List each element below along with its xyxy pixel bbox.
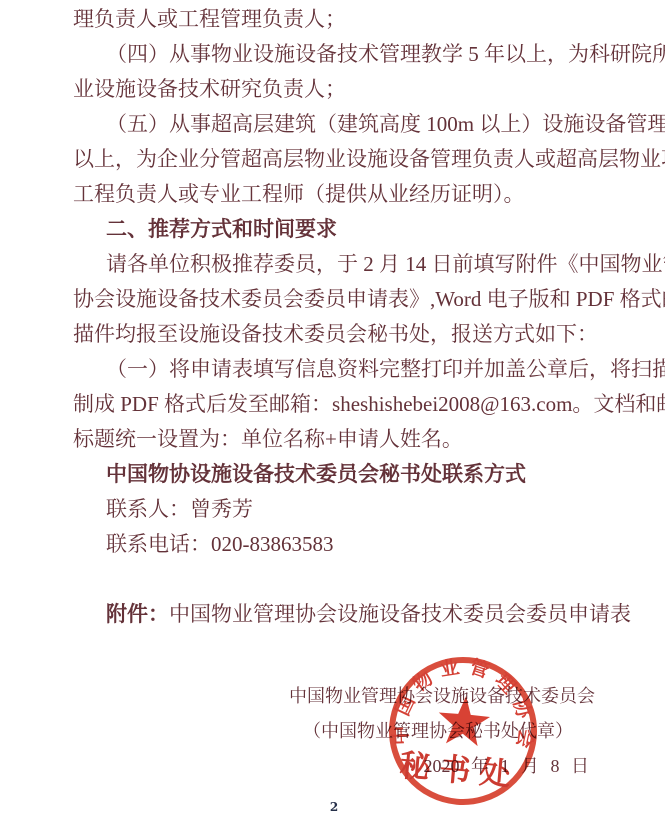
attachment-title: 中国物业管理协会设施设备技术委员会委员申请表: [169, 602, 631, 626]
doc-line: 标题统一设置为：单位名称+申请人姓名。: [73, 422, 595, 457]
on-behalf-note: （中国物业管理协会秘书处代章）: [73, 714, 573, 749]
doc-line: 协会设施设备技术委员会委员申请表》,Word 电子版和 PDF 格式的扫: [73, 282, 595, 317]
contact-person-line: 联系人：曾秀芳: [73, 492, 595, 527]
section-heading: 二、推荐方式和时间要求: [73, 212, 595, 247]
page-number: 2: [73, 800, 595, 814]
doc-line: 工程负责人或专业工程师（提供从业经历证明）。: [73, 177, 595, 212]
document-body: 理负责人或工程管理负责人； （四）从事物业设施设备技术管理教学 5 年以上，为科…: [0, 0, 665, 814]
doc-line: 描件均报至设施设备技术委员会秘书处，报送方式如下：: [73, 317, 595, 352]
contact-heading: 中国物协设施设备技术委员会秘书处联系方式: [73, 457, 595, 492]
signing-organization: 中国物业管理协会设施设备技术委员会: [73, 679, 595, 714]
blank-line: [73, 562, 595, 597]
doc-line: 理负责人或工程管理负责人；: [73, 2, 595, 37]
doc-line: （四）从事物业设施设备技术管理教学 5 年以上，为科研院所物: [73, 37, 595, 72]
signature-date: 2020 年 1 月 8 日: [73, 749, 589, 784]
contact-phone-line: 联系电话：020-83863583: [73, 527, 595, 562]
doc-line: （一）将申请表填写信息资料完整打印并加盖公章后，将扫描件: [73, 352, 595, 387]
signature-block: 中国物业管理协会设施设备技术委员会 （中国物业管理协会秘书处代章） 2020 年…: [73, 679, 595, 784]
blank-line: [73, 632, 595, 667]
doc-line: 以上，为企业分管超高层物业设施设备管理负责人或超高层物业项目: [73, 142, 595, 177]
doc-line: 业设施设备技术研究负责人；: [73, 72, 595, 107]
attachment-label: 附件：: [106, 602, 169, 626]
doc-line: 请各单位积极推荐委员，于 2 月 14 日前填写附件《中国物业管理: [73, 247, 595, 282]
doc-line-email: 制成 PDF 格式后发至邮箱：sheshishebei2008@163.com。…: [73, 387, 595, 422]
doc-line: （五）从事超高层建筑（建筑高度 100m 以上）设施设备管理 3 年: [73, 107, 595, 142]
attachment-line: 附件：中国物业管理协会设施设备技术委员会委员申请表: [73, 597, 595, 632]
document-page: 理负责人或工程管理负责人； （四）从事物业设施设备技术管理教学 5 年以上，为科…: [0, 0, 665, 825]
